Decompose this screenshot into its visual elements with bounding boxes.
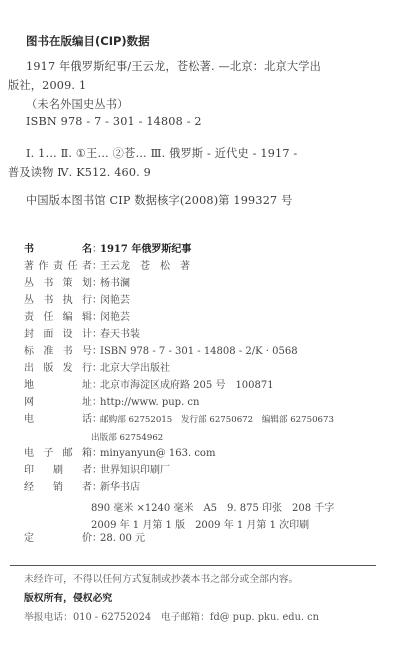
colophon-row-isbn: 标准书号：ISBN 978 - 7 - 301 - 14808 - 2/K · … bbox=[24, 346, 298, 358]
colophon-row-phone-cont: 出版部 62754962 bbox=[91, 431, 163, 443]
cip-line-isbn: ISBN 978 - 7 - 301 - 14808 - 2 bbox=[26, 115, 202, 128]
cip-line-classification-cont: 普及读物 Ⅳ. K512. 460. 9 bbox=[8, 164, 151, 180]
copy-notice: 未经许可，不得以任何方式复制或抄袭本书之部分或全部内容。 bbox=[24, 571, 298, 585]
colophon-row-website: 网址：http://www. pup. cn bbox=[24, 397, 199, 409]
colophon-row-author: 著作责任者：王云龙 苍 松 著 bbox=[24, 261, 190, 273]
colophon-row-printer: 印刷者：世界知识印刷厂 bbox=[24, 465, 170, 477]
website-link[interactable]: http://www. pup. cn bbox=[100, 397, 199, 409]
colophon-row-phone: 电话：邮购部 62752015 发行部 62750672 编辑部 6275067… bbox=[24, 414, 334, 426]
email-link[interactable]: minyanyun@ 163. com bbox=[100, 448, 215, 460]
cip-line-publisher-cont: 版社，2009. 1 bbox=[8, 77, 86, 93]
cip-line-record-number: 中国版本图书馆 CIP 数据核字(2008)第 199327 号 bbox=[26, 192, 292, 208]
colophon-row-email: 电子邮箱：minyanyun@ 163. com bbox=[24, 448, 215, 460]
cip-line-title: 1917 年俄罗斯纪事/王云龙，苍松著. —北京：北京大学出 bbox=[26, 58, 321, 74]
cip-line-series: （未名外国史丛书） bbox=[26, 96, 129, 112]
rights-reserved: 版权所有，侵权必究 bbox=[24, 590, 112, 604]
divider-line bbox=[10, 565, 376, 566]
colophon-row-publisher: 出版发行：北京大学出版社 bbox=[24, 363, 170, 375]
colophon-row-format: 890 毫米 ×1240 毫米 A5 9. 875 印张 208 千字 bbox=[91, 499, 334, 514]
cip-heading: 图书在版编目(CIP)数据 bbox=[26, 33, 150, 49]
colophon-row-editor: 责任编辑：闵艳芸 bbox=[24, 312, 130, 324]
colophon-row-distributor: 经销者：新华书店 bbox=[24, 482, 140, 494]
colophon-row-series-planner: 丛书策划：杨书澜 bbox=[24, 278, 130, 290]
colophon-row-address: 地址：北京市海淀区成府路 205 号 100871 bbox=[24, 380, 274, 392]
report-contact: 举报电话：010 - 62752024 电子邮箱：fd@ pup. pku. e… bbox=[24, 609, 319, 623]
colophon-row-edition: 2009 年 1 月第 1 版 2009 年 1 月第 1 次印刷 bbox=[91, 516, 309, 531]
colophon-row-cover-design: 封面设计：春天书装 bbox=[24, 329, 140, 341]
colophon-row-book-title: 书名：1917 年俄罗斯纪事 bbox=[24, 244, 191, 256]
cip-line-classification: Ⅰ. 1… Ⅱ. ①王… ②苍… Ⅲ. 俄罗斯 - 近代史 - 1917 - bbox=[26, 145, 297, 161]
colophon-row-price: 定价：28. 00 元 bbox=[24, 533, 145, 545]
colophon-row-series-executive: 丛书执行：闵艳芸 bbox=[24, 295, 130, 307]
